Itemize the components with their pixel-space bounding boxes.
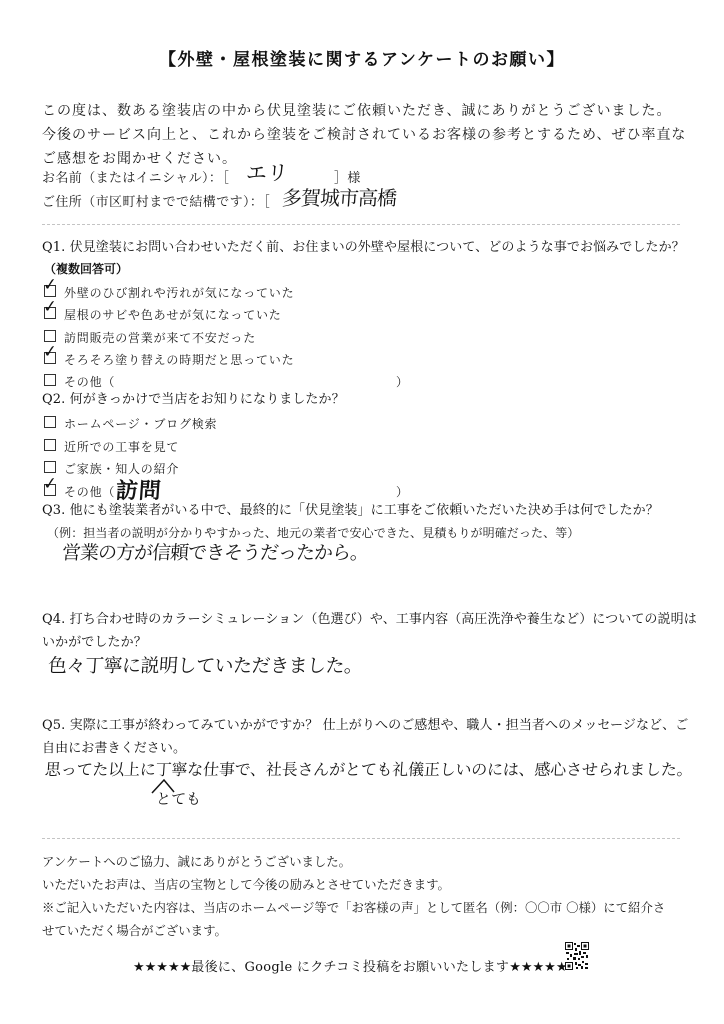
q2-label: Q2. 何がきっかけで当店をお知りになりましたか？ xyxy=(42,393,345,406)
checkbox-icon xyxy=(44,461,56,473)
qr-code-icon xyxy=(565,942,589,970)
checkmark-icon: ✓ xyxy=(42,474,58,495)
closing-line-3: ※ご記入いただいた内容は、当店のホームページ等で「お客様の声」として匿名（例：〇… xyxy=(42,902,665,914)
q5-label-line-1: Q5. 実際に工事が終わってみていかがですか？ 仕上がりへのご感想や、職人・担当… xyxy=(42,719,688,732)
q2-other-close: ） xyxy=(396,483,408,500)
q3-answer: 営業の方が信頼できそうだったから。 xyxy=(61,544,368,563)
intro-line-2: 今後のサービス向上と、これから塗装をご検討されているお客様の参考とするため、ぜひ… xyxy=(42,128,686,142)
address-value: 多賀城市高橋 xyxy=(281,188,396,208)
q4-label-line-1: Q4. 打ち合わせ時のカラーシミュレーション（色選び）や、工事内容（高圧洗浄や養… xyxy=(42,613,697,626)
separator-bottom xyxy=(42,838,680,839)
checkbox-icon xyxy=(44,330,56,342)
q5-label-line-2: 自由にお書きください。 xyxy=(42,742,186,755)
q1-option-label: 訪問販売の営業が来て不安だった xyxy=(64,329,256,346)
q1-label: Q1. 伏見塗装にお問い合わせいただく前、お住まいの外壁や屋根について、どのよう… xyxy=(42,241,685,254)
intro-line-3: ご感想をお聞かせください。 xyxy=(42,152,237,166)
q4-answer: 色々丁寧に説明していただきました。 xyxy=(47,657,363,676)
checkmark-icon: ✓ xyxy=(42,297,58,318)
closing-line-1: アンケートへのご協力、誠にありがとうございました。 xyxy=(42,856,351,868)
google-review-request: ★★★★★最後に、Google にクチコミ投稿をお願いいたします★★★★★ xyxy=(133,961,568,974)
closing-line-2: いただいたお声は、当店の宝物として今後の励みとさせていただきます。 xyxy=(42,879,450,891)
checkbox-icon xyxy=(44,439,56,451)
survey-title: 【外壁・屋根塗装に関するアンケートのお願い】 xyxy=(0,52,724,69)
closing-line-4: せていただく場合がございます。 xyxy=(42,925,227,937)
stars-right: ★★★★★ xyxy=(509,960,567,975)
q5-insertion: とても xyxy=(155,792,201,807)
q1-option-label: そろそろ塗り替えの時期だと思っていた xyxy=(64,351,294,368)
q1-option-label: その他（ xyxy=(64,373,115,390)
intro-line-1: この度は、数ある塗装店の中から伏見塗装にご依頼いただき、誠にありがとうございまし… xyxy=(42,104,671,118)
q2-option-label: 近所での工事を見て xyxy=(64,438,179,455)
q2-other-answer: 訪問 xyxy=(115,474,163,505)
checkmark-icon: ✓ xyxy=(42,342,58,363)
review-request-text: 最後に、Google にクチコミ投稿をお願いいたします xyxy=(191,960,509,975)
address-label: ご住所（市区町村までで結構です）：［ xyxy=(42,196,270,209)
q1-option-label: 外壁のひび割れや汚れが気になっていた xyxy=(64,284,294,301)
q1-other-close: ） xyxy=(396,373,408,390)
q1-note: （複数回答可） xyxy=(44,263,128,275)
name-label: お名前（またはイニシャル）：［ xyxy=(42,172,229,185)
q1-option-label: 屋根のサビや色あせが気になっていた xyxy=(64,306,282,323)
q5-answer: 思ってた以上に丁寧な仕事で、社長さんがとても礼儀正しいのには、感心させられました… xyxy=(44,762,693,778)
q2-option-other: ✓ その他（ 訪問 ） xyxy=(44,482,424,498)
separator-top xyxy=(42,224,680,225)
q3-label: Q3. 他にも塗装業者がいる中で、最終的に「伏見塗装」に工事をご依頼いただいた決… xyxy=(42,504,659,517)
checkmark-icon: ✓ xyxy=(42,275,58,296)
checkbox-icon xyxy=(44,374,56,386)
checkbox-icon xyxy=(44,416,56,428)
q2-option-label: その他（ xyxy=(64,483,115,500)
q1-option-other: その他（ ） xyxy=(44,372,424,388)
q4-label-line-2: いかがでしたか？ xyxy=(42,636,147,649)
name-suffix: ］様 xyxy=(334,172,361,185)
name-value: エリ xyxy=(245,163,288,184)
q3-example: （例：担当者の説明が分かりやすかった、地元の業者で安心できた、見積もりが明確だっ… xyxy=(47,527,579,539)
q2-option-label: ホームページ・ブログ検索 xyxy=(64,415,217,432)
stars-left: ★★★★★ xyxy=(133,960,191,975)
